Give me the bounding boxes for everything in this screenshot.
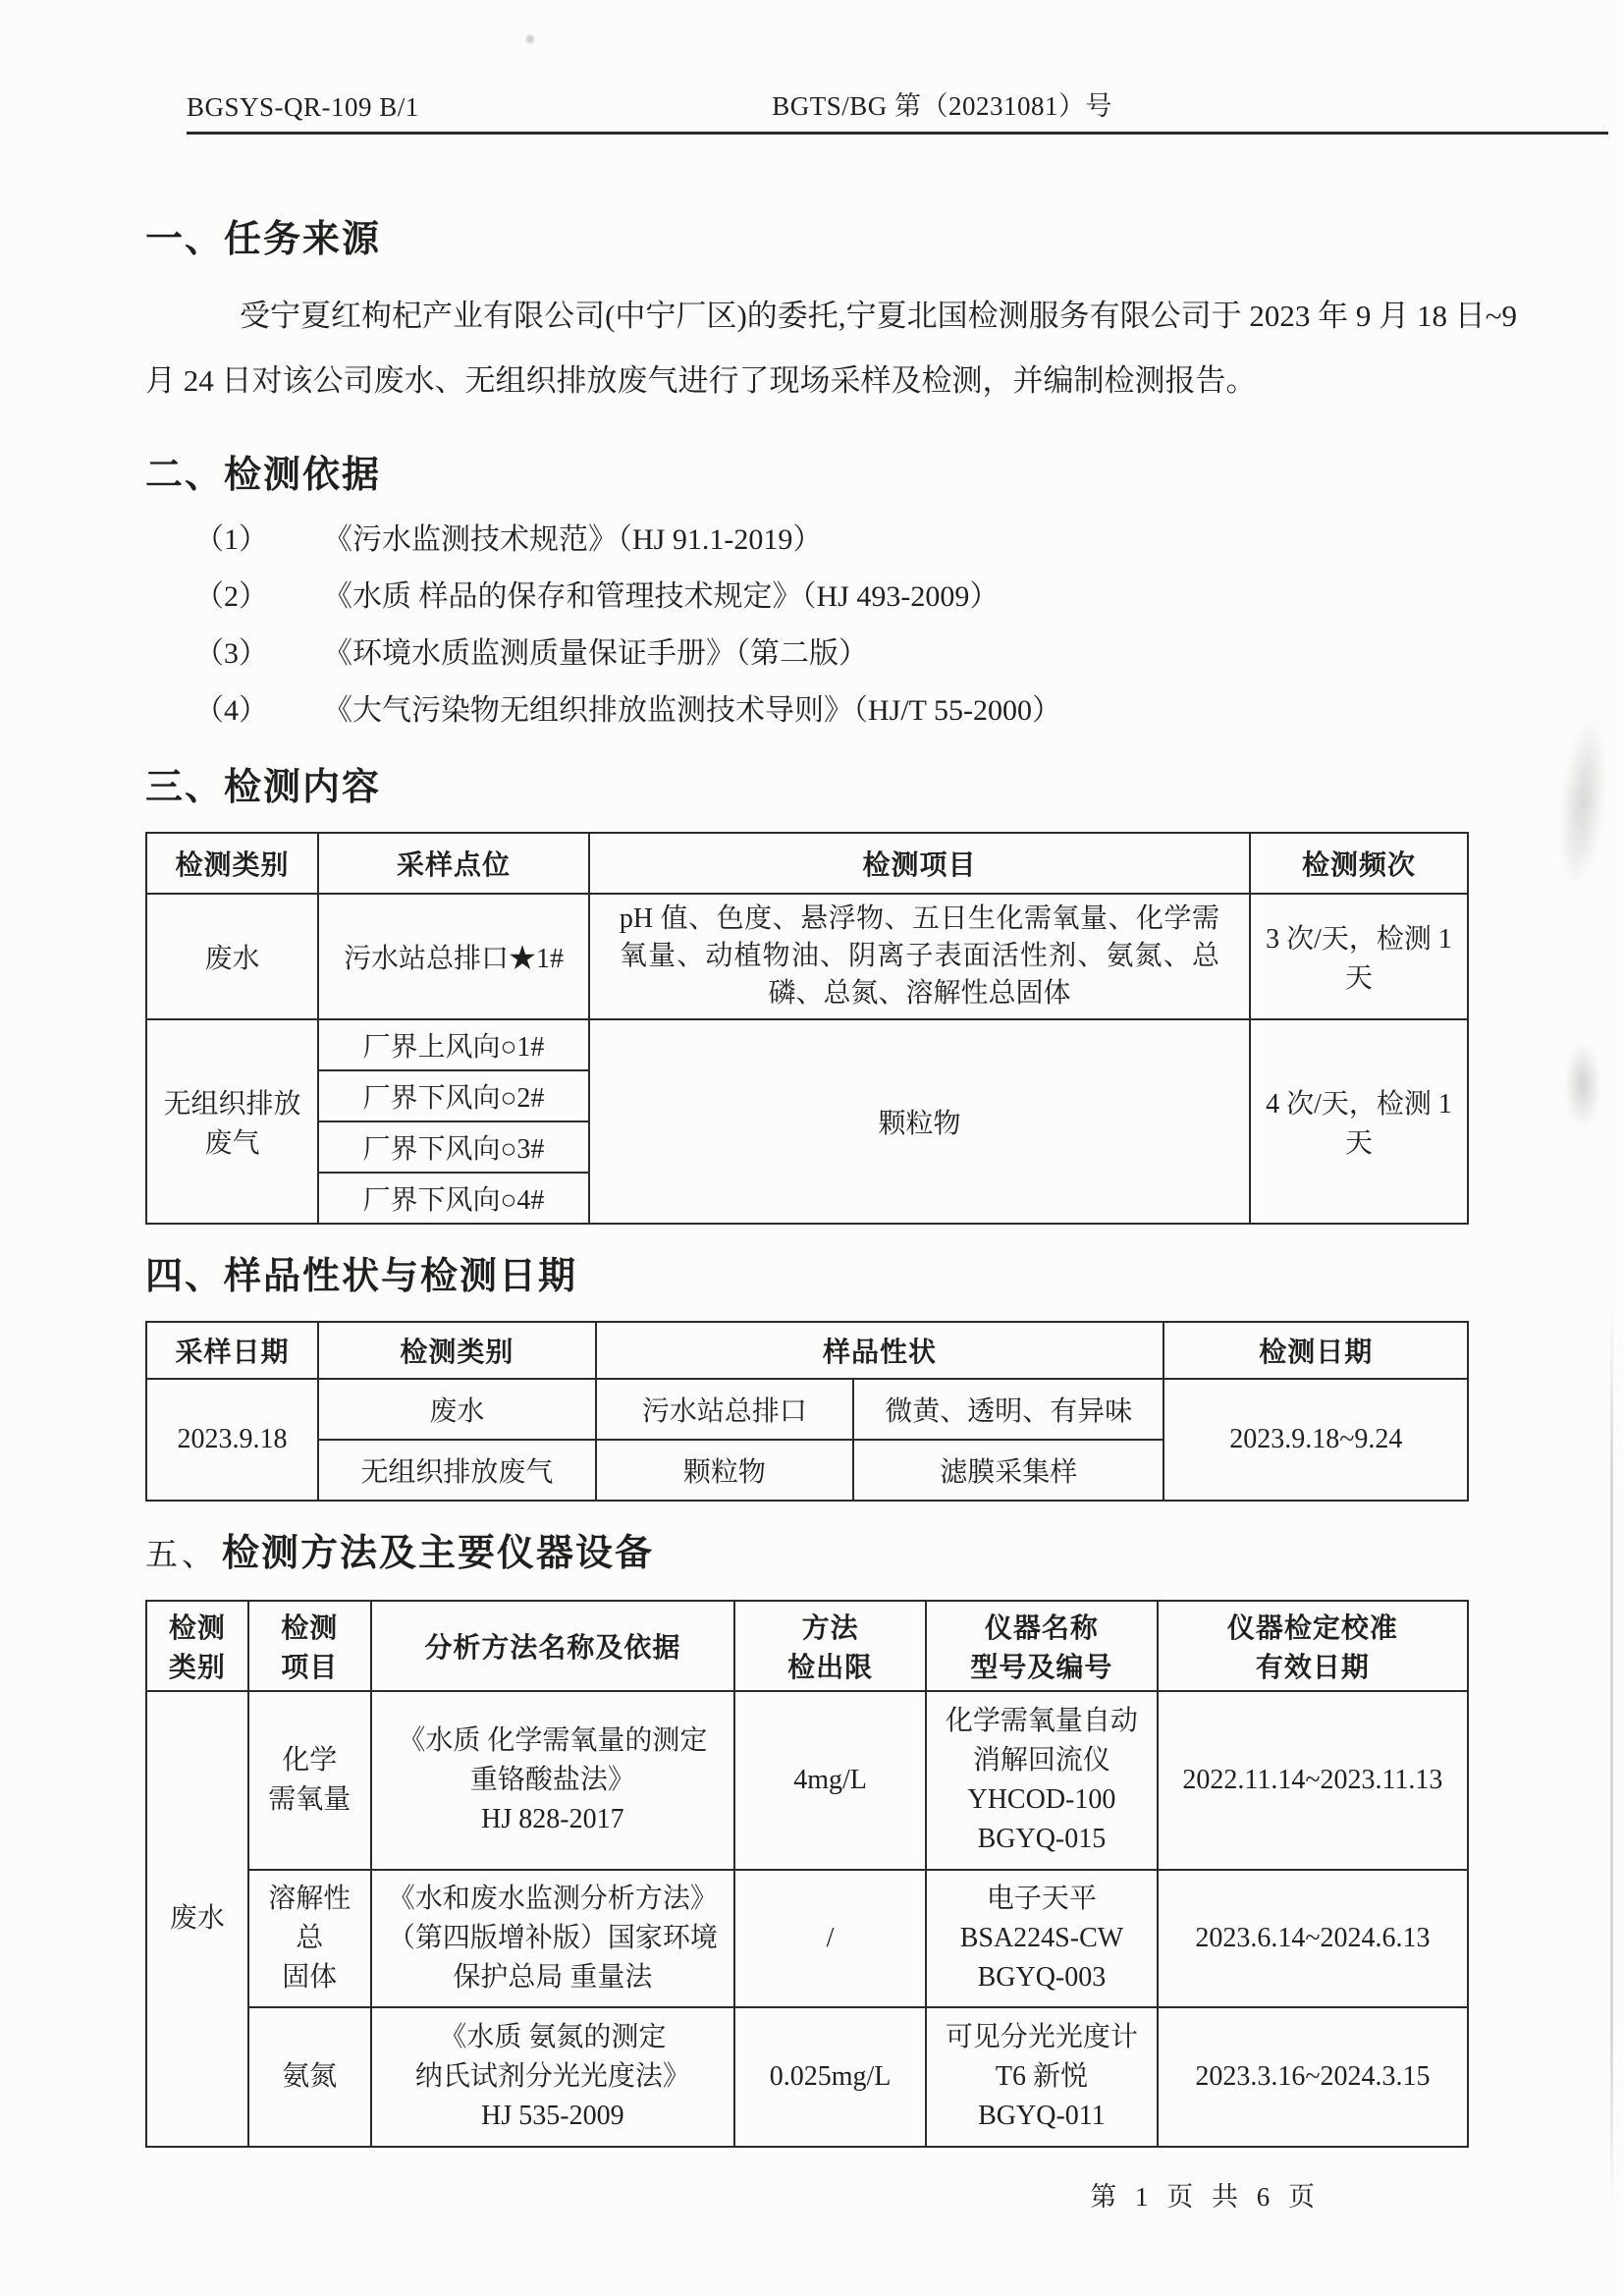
trait-cell: 微黄、透明、有异味 <box>853 1379 1163 1440</box>
calibration-validity-cell: 2023.6.14~2024.6.13 <box>1158 1870 1468 2007</box>
trait-cell: 污水站总排口 <box>596 1379 853 1440</box>
sampling-date-cell: 2023.9.18 <box>146 1379 318 1501</box>
basis-item-text: 《大气污染物无组织排放监测技术导则》（HJ/T 55-2000） <box>323 690 1061 732</box>
category-cell: 废水 <box>318 1379 596 1440</box>
basis-item-number: （2） <box>194 576 268 618</box>
section-3-title: 三、检测内容 <box>145 765 1517 810</box>
scan-artifact <box>1551 713 1615 894</box>
column-header: 仪器检定校准 有效日期 <box>1158 1601 1468 1691</box>
basis-item-text: 《环境水质监测质量保证手册》（第二版） <box>323 633 868 675</box>
detection-limit-cell: 0.025mg/L <box>734 2007 926 2147</box>
column-header: 检测 类别 <box>146 1601 248 1691</box>
calibration-validity-cell: 2022.11.14~2023.11.13 <box>1158 1691 1468 1870</box>
method-cell: 《水质 化学需氧量的测定 重铬酸盐法》 HJ 828-2017 <box>371 1691 734 1870</box>
frequency-cell: 4 次/天，检测 1 天 <box>1250 1019 1468 1224</box>
scan-artifact <box>1564 1041 1601 1129</box>
column-header: 检测 项目 <box>248 1601 371 1691</box>
column-header: 分析方法名称及依据 <box>371 1601 734 1691</box>
sampling-point-cell: 厂界下风向○2# <box>318 1070 589 1121</box>
category-cell: 无组织排放废气 <box>318 1440 596 1501</box>
column-header: 检测类别 <box>146 833 318 894</box>
table-row: 废水 化学 需氧量 《水质 化学需氧量的测定 重铬酸盐法》 HJ 828-201… <box>146 1691 1468 1870</box>
basis-item: （1） 《污水监测技术规范》（HJ 91.1-2019） <box>194 519 1517 561</box>
column-header: 采样点位 <box>318 833 589 894</box>
basis-item: （2） 《水质 样品的保存和管理技术规定》（HJ 493-2009） <box>194 576 1517 618</box>
sampling-point-cell: 厂界下风向○4# <box>318 1173 589 1224</box>
section-2-title: 二、检测依据 <box>145 453 1517 498</box>
column-header: 检测频次 <box>1250 833 1468 894</box>
table-row: 溶解性总 固体 《水和废水监测分析方法》 （第四版增补版）国家环境 保护总局 重… <box>146 1870 1468 2007</box>
test-item-cell: 溶解性总 固体 <box>248 1870 371 2007</box>
basis-list: （1） 《污水监测技术规范》（HJ 91.1-2019） （2） 《水质 样品的… <box>194 519 1517 732</box>
column-header: 方法 检出限 <box>734 1601 926 1691</box>
document-header: BGSYS-QR-109 B/1 BGTS/BG 第（20231081）号 <box>187 84 1608 135</box>
scan-artifact <box>526 35 534 43</box>
report-number: BGTS/BG 第（20231081）号 <box>772 84 1112 123</box>
column-header: 检测类别 <box>318 1322 596 1379</box>
document-page: BGSYS-QR-109 B/1 BGTS/BG 第（20231081）号 一、… <box>0 0 1623 2296</box>
detection-limit-cell: 4mg/L <box>734 1691 926 1870</box>
table-row: 氨氮 《水质 氨氮的测定 纳氏试剂分光光度法》 HJ 535-2009 0.02… <box>146 2007 1468 2147</box>
column-header: 检测日期 <box>1163 1322 1468 1379</box>
sampling-point-cell: 厂界下风向○3# <box>318 1121 589 1173</box>
task-source-paragraph: 受宁夏红枸杞产业有限公司(中宁厂区)的委托,宁夏北国检测服务有限公司于 2023… <box>145 284 1517 413</box>
section-5-title: 五、检测方法及主要仪器设备 <box>145 1531 1517 1578</box>
instrument-cell: 化学需氧量自动 消解回流仪 YHCOD-100 BGYQ-015 <box>926 1691 1158 1870</box>
trait-cell: 颗粒物 <box>596 1440 853 1501</box>
test-date-cell: 2023.9.18~9.24 <box>1163 1379 1468 1501</box>
basis-item-number: （3） <box>194 633 268 675</box>
section-5-number: 五、 <box>145 1538 218 1573</box>
table-row: 废水 污水站总排口★1# pH 值、色度、悬浮物、五日生化需氧量、化学需氧量、动… <box>146 894 1468 1019</box>
category-cell: 无组织排放废气 <box>146 1019 318 1224</box>
column-header: 采样日期 <box>146 1322 318 1379</box>
basis-item-text: 《污水监测技术规范》（HJ 91.1-2019） <box>323 519 822 561</box>
table-row: 2023.9.18 废水 污水站总排口 微黄、透明、有异味 2023.9.18~… <box>146 1379 1468 1440</box>
basis-item-number: （4） <box>194 690 268 732</box>
section-4-title: 四、样品性状与检测日期 <box>145 1254 1517 1299</box>
test-items-cell: pH 值、色度、悬浮物、五日生化需氧量、化学需氧量、动植物油、阴离子表面活性剂、… <box>589 894 1250 1019</box>
instrument-cell: 电子天平 BSA224S-CW BGYQ-003 <box>926 1870 1158 2007</box>
sampling-point-cell: 污水站总排口★1# <box>318 894 589 1019</box>
sampling-point-cell: 厂界上风向○1# <box>318 1019 589 1070</box>
table-row: 无组织排放废气 厂界上风向○1# 颗粒物 4 次/天，检测 1 天 <box>146 1019 1468 1070</box>
document-body: 一、任务来源 受宁夏红枸杞产业有限公司(中宁厂区)的委托,宁夏北国检测服务有限公… <box>145 217 1517 2214</box>
column-header: 仪器名称 型号及编号 <box>926 1601 1158 1691</box>
method-cell: 《水和废水监测分析方法》 （第四版增补版）国家环境 保护总局 重量法 <box>371 1870 734 2007</box>
test-content-table: 检测类别 采样点位 检测项目 检测频次 废水 污水站总排口★1# pH 值、色度… <box>145 832 1469 1225</box>
form-code: BGSYS-QR-109 B/1 <box>187 92 419 123</box>
basis-item-number: （1） <box>194 519 268 561</box>
section-5-heading-text: 检测方法及主要仪器设备 <box>222 1533 654 1574</box>
test-item-cell: 氨氮 <box>248 2007 371 2147</box>
basis-item: （4） 《大气污染物无组织排放监测技术导则》（HJ/T 55-2000） <box>194 690 1517 732</box>
detection-limit-cell: / <box>734 1870 926 2007</box>
section-1-title: 一、任务来源 <box>145 217 1517 262</box>
sample-character-table: 采样日期 检测类别 样品性状 检测日期 2023.9.18 废水 污水站总排口 … <box>145 1321 1469 1502</box>
trait-cell: 滤膜采集样 <box>853 1440 1163 1501</box>
scan-artifact <box>1610 1306 1613 2210</box>
column-header: 样品性状 <box>596 1322 1164 1379</box>
instrument-cell: 可见分光光度计 T6 新悦 BGYQ-011 <box>926 2007 1158 2147</box>
basis-item: （3） 《环境水质监测质量保证手册》（第二版） <box>194 633 1517 675</box>
method-cell: 《水质 氨氮的测定 纳氏试剂分光光度法》 HJ 535-2009 <box>371 2007 734 2147</box>
test-item-cell: 化学 需氧量 <box>248 1691 371 1870</box>
category-cell: 废水 <box>146 1691 248 2147</box>
column-header: 检测项目 <box>589 833 1250 894</box>
category-cell: 废水 <box>146 894 318 1019</box>
page-number: 第 1 页 共 6 页 <box>145 2175 1517 2214</box>
frequency-cell: 3 次/天，检测 1 天 <box>1250 894 1468 1019</box>
basis-item-text: 《水质 样品的保存和管理技术规定》（HJ 493-2009） <box>323 576 999 618</box>
calibration-validity-cell: 2023.3.16~2024.3.15 <box>1158 2007 1468 2147</box>
method-instrument-table: 检测 类别 检测 项目 分析方法名称及依据 方法 检出限 仪器名称 型号及编号 … <box>145 1600 1469 2148</box>
test-items-cell: 颗粒物 <box>589 1019 1250 1224</box>
